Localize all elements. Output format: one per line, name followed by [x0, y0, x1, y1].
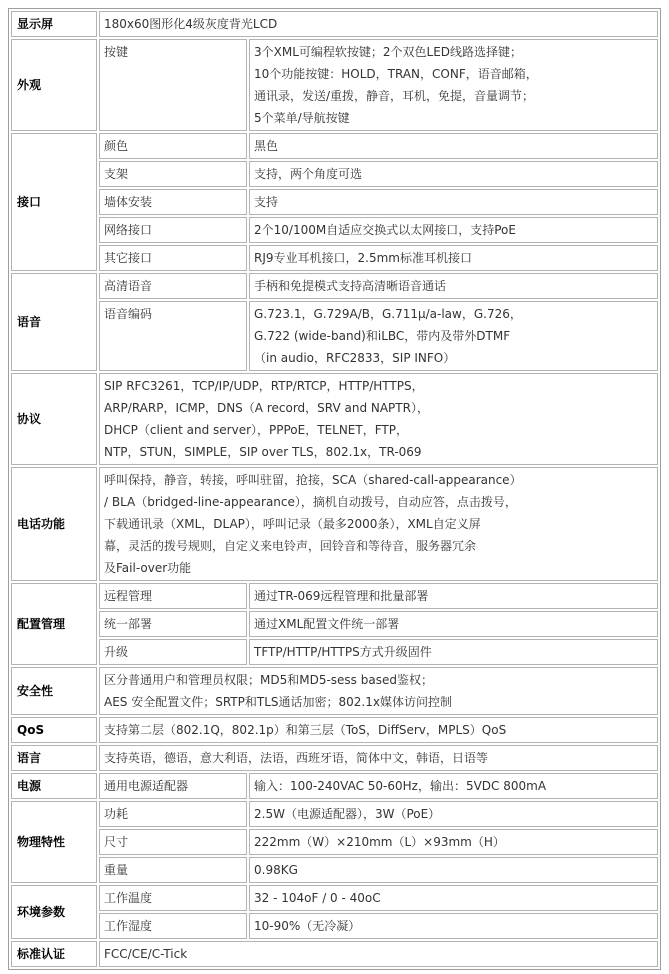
table-row: 环境参数 工作温度 32 - 104oF / 0 - 40oC	[11, 885, 658, 911]
spec-label-cell: 语音编码	[99, 301, 247, 371]
table-row: 语音 高清语音 手柄和免提模式支持高清晰语音通话	[11, 273, 658, 299]
spec-value-cell: 支持第二层（802.1Q，802.1p）和第三层（ToS，DiffServ，MP…	[99, 717, 658, 743]
spec-value-cell: 2个10/100M自适应交换式以太网接口，支持PoE	[249, 217, 658, 243]
spec-label-cell: 高清语音	[99, 273, 247, 299]
spec-value-cell: 呼叫保持，静音，转接，呼叫驻留，抢接，SCA（shared-call-appea…	[99, 467, 658, 581]
spec-value-cell: RJ9专业耳机接口，2.5mm标准耳机接口	[249, 245, 658, 271]
table-row: 标准认证 FCC/CE/C-Tick	[11, 941, 658, 967]
spec-value-cell: 10-90%（无冷凝）	[249, 913, 658, 939]
category-provisioning: 配置管理	[11, 583, 97, 665]
table-row: 语音编码 G.723.1，G.729A/B，G.711µ/a-law，G.726…	[11, 301, 658, 371]
spec-label-cell: 墙体安装	[99, 189, 247, 215]
table-row: 外观 按键 3个XML可编程软按键；2个双色LED线路选择键； 10个功能按键：…	[11, 39, 658, 131]
spec-value-cell: 输入：100-240VAC 50-60Hz，输出：5VDC 800mA	[249, 773, 658, 799]
spec-value-cell: FCC/CE/C-Tick	[99, 941, 658, 967]
spec-value-cell: G.723.1，G.729A/B，G.711µ/a-law，G.726， G.7…	[249, 301, 658, 371]
spec-label-cell: 通用电源适配器	[99, 773, 247, 799]
spec-value-cell: 222mm（W）×210mm（L）×93mm（H）	[249, 829, 658, 855]
table-row: 语言 支持英语，德语，意大利语，法语，西班牙语，简体中文，韩语，日语等	[11, 745, 658, 771]
category-phone-features: 电话功能	[11, 467, 97, 581]
spec-value-cell: 3个XML可编程软按键；2个双色LED线路选择键； 10个功能按键：HOLD，T…	[249, 39, 658, 131]
spec-value-cell: 支持	[249, 189, 658, 215]
spec-label-cell: 工作温度	[99, 885, 247, 911]
category-security: 安全性	[11, 667, 97, 715]
spec-value-cell: 180x60图形化4级灰度背光LCD	[99, 11, 658, 37]
spec-value-cell: 32 - 104oF / 0 - 40oC	[249, 885, 658, 911]
table-row: 电源 通用电源适配器 输入：100-240VAC 50-60Hz，输出：5VDC…	[11, 773, 658, 799]
spec-value-cell: TFTP/HTTP/HTTPS方式升级固件	[249, 639, 658, 665]
category-language: 语言	[11, 745, 97, 771]
table-row: 安全性 区分普通用户和管理员权限；MD5和MD5-sess based鉴权； A…	[11, 667, 658, 715]
table-row: 尺寸 222mm（W）×210mm（L）×93mm（H）	[11, 829, 658, 855]
spec-table: 显示屏 180x60图形化4级灰度背光LCD 外观 按键 3个XML可编程软按键…	[8, 8, 661, 970]
table-row: 其它接口 RJ9专业耳机接口，2.5mm标准耳机接口	[11, 245, 658, 271]
table-row: 接口 颜色 黑色	[11, 133, 658, 159]
spec-value-cell: 2.5W（电源适配器），3W（PoE）	[249, 801, 658, 827]
spec-label-cell: 颜色	[99, 133, 247, 159]
table-row: 墙体安装 支持	[11, 189, 658, 215]
spec-label-cell: 功耗	[99, 801, 247, 827]
table-row: QoS 支持第二层（802.1Q，802.1p）和第三层（ToS，DiffSer…	[11, 717, 658, 743]
spec-label-cell: 按键	[99, 39, 247, 131]
category-voice: 语音	[11, 273, 97, 371]
table-row: 重量 0.98KG	[11, 857, 658, 883]
category-display: 显示屏	[11, 11, 97, 37]
spec-value-cell: 手柄和免提模式支持高清晰语音通话	[249, 273, 658, 299]
spec-value-cell: 通过TR-069远程管理和批量部署	[249, 583, 658, 609]
spec-label-cell: 支架	[99, 161, 247, 187]
table-row: 工作湿度 10-90%（无冷凝）	[11, 913, 658, 939]
spec-label-cell: 其它接口	[99, 245, 247, 271]
spec-value-cell: 区分普通用户和管理员权限；MD5和MD5-sess based鉴权； AES 安…	[99, 667, 658, 715]
category-qos: QoS	[11, 717, 97, 743]
table-row: 物理特性 功耗 2.5W（电源适配器），3W（PoE）	[11, 801, 658, 827]
category-protocols: 协议	[11, 373, 97, 465]
spec-value-cell: 支持英语，德语，意大利语，法语，西班牙语，简体中文，韩语，日语等	[99, 745, 658, 771]
spec-value-cell: SIP RFC3261，TCP/IP/UDP，RTP/RTCP，HTTP/HTT…	[99, 373, 658, 465]
category-interfaces: 接口	[11, 133, 97, 271]
category-certification: 标准认证	[11, 941, 97, 967]
spec-label-cell: 统一部署	[99, 611, 247, 637]
category-environment: 环境参数	[11, 885, 97, 939]
spec-label-cell: 网络接口	[99, 217, 247, 243]
category-appearance: 外观	[11, 39, 97, 131]
spec-value-cell: 黑色	[249, 133, 658, 159]
table-row: 统一部署 通过XML配置文件统一部署	[11, 611, 658, 637]
category-physical: 物理特性	[11, 801, 97, 883]
spec-label-cell: 重量	[99, 857, 247, 883]
category-power: 电源	[11, 773, 97, 799]
spec-label-cell: 升级	[99, 639, 247, 665]
spec-label-cell: 工作湿度	[99, 913, 247, 939]
table-row: 显示屏 180x60图形化4级灰度背光LCD	[11, 11, 658, 37]
spec-value-cell: 支持，两个角度可选	[249, 161, 658, 187]
table-row: 配置管理 远程管理 通过TR-069远程管理和批量部署	[11, 583, 658, 609]
table-row: 协议 SIP RFC3261，TCP/IP/UDP，RTP/RTCP，HTTP/…	[11, 373, 658, 465]
table-row: 电话功能 呼叫保持，静音，转接，呼叫驻留，抢接，SCA（shared-call-…	[11, 467, 658, 581]
table-row: 网络接口 2个10/100M自适应交换式以太网接口，支持PoE	[11, 217, 658, 243]
spec-value-cell: 0.98KG	[249, 857, 658, 883]
spec-label-cell: 远程管理	[99, 583, 247, 609]
table-row: 支架 支持，两个角度可选	[11, 161, 658, 187]
spec-label-cell: 尺寸	[99, 829, 247, 855]
table-row: 升级 TFTP/HTTP/HTTPS方式升级固件	[11, 639, 658, 665]
spec-value-cell: 通过XML配置文件统一部署	[249, 611, 658, 637]
